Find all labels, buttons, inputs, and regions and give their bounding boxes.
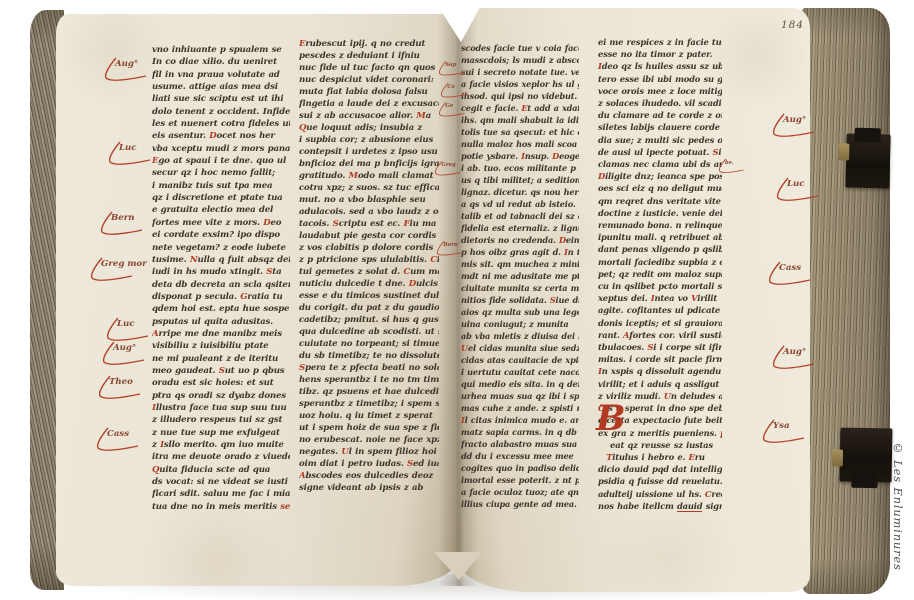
text-line: nitios fide solidata. Siue di: [461, 294, 579, 306]
text-line: tui gemetes z solat d. Cum ma: [299, 266, 439, 278]
text-line: dietoris no credenda. Deinde: [461, 234, 579, 246]
annotation-label: Ge: [445, 103, 453, 109]
text-line: disponat p secula. Gratia tu: [152, 291, 290, 303]
annotation-label: Cass: [779, 263, 801, 273]
annotation-label: Greg mor: [101, 259, 147, 269]
marginal-annotation: Bern: [96, 210, 148, 238]
annotation-label: Luc: [117, 319, 135, 329]
text-line: urhea muas sua qz ibi i spuisse: [461, 390, 579, 402]
text-line: dia sue; z multi sic pedes ore. cor: [598, 134, 722, 146]
text-column-right-a: scodes facie tue v coia facemasscdois; l…: [461, 42, 579, 510]
text-line: voce orois mee z loce mitigado: [598, 85, 722, 97]
text-line: In co diae xilio. du ueniret: [152, 56, 290, 68]
text-line: Titulus i hebro e. Eru: [598, 451, 722, 463]
text-line: deta db decreta an scla qsiter: [152, 279, 290, 291]
text-line: i uertutu cauitat cete nacoes: [461, 366, 579, 378]
text-line: fracto alabastro muas sua effud.: [461, 438, 579, 450]
annotation-label: be.: [725, 160, 734, 166]
text-line: ab vba mletis z diuisa dei su spe: [461, 330, 579, 342]
text-line: ficari sdit. saluu me fac i mia: [152, 488, 290, 500]
text-line: du corigit. du pat z du gaudio: [299, 302, 439, 314]
text-line: bnficioz dei ma p bnficijs igra: [299, 158, 439, 170]
initial-B: B: [596, 402, 626, 436]
text-line: sperantbz z timetibz; i spem si: [299, 398, 439, 410]
text-line: uoz hoiu. q iu timet z sperat: [299, 410, 439, 422]
annotation-label: Greg: [441, 162, 455, 168]
text-line: Abscodes eos dulcedies deoz: [299, 470, 439, 482]
text-line: Ideo qz ls huiles assu sz ubi po: [598, 60, 722, 72]
text-line: hens sperantbz i te no tm time: [299, 374, 439, 386]
text-line: lignaz. dicetur. qs nou her: [461, 186, 579, 198]
annotation-label: Luc: [119, 143, 137, 153]
text-line: contepsit i urdetes z ipso usu: [299, 146, 439, 158]
text-column-left-a: vno inhiuante p spualem seIn co diae xil…: [152, 44, 290, 513]
text-line: vba xceptu mudi z mors pana;: [152, 143, 290, 155]
text-line: e gratuita electio mea del: [152, 204, 290, 216]
text-line: psidia q fuisse dd reuelatu. sz: [598, 475, 722, 487]
text-line: aios qz multa sub una lege di: [461, 306, 579, 318]
text-line: uina coniugut; z munita: [461, 318, 579, 330]
marginal-annotation: Cass: [764, 260, 816, 288]
text-line: i ab. tuo. ecos militante p fide: [461, 162, 579, 174]
text-line: doctine z iusticie. venie dei i pmiss: [598, 207, 722, 219]
text-line: ciuitate munita sz certa mu: [461, 282, 579, 294]
text-line: muta fiat labia dolosa falsu: [299, 86, 439, 98]
text-line: clamas nec clama ubi ds aud: [598, 158, 722, 170]
text-line: psputas ul quita adusitas.: [152, 316, 290, 328]
text-line: dant penas xligendo p qslibet: [598, 243, 722, 255]
text-line: esse e du timicos sustinet dulce: [299, 290, 439, 302]
text-line: mas cuhe z ande. z spisti misit.: [461, 402, 579, 414]
text-line: dd du i excessu mee mee: [461, 450, 579, 462]
text-line: esse no ita timor z pater.: [598, 48, 722, 60]
text-line: z p ptricione sps ululabitis. Cio: [299, 254, 439, 266]
text-line: ne mi pualeant z de iteritu: [152, 353, 290, 365]
text-line: ihs. qm mali shabuit ia idicata: [461, 114, 579, 126]
text-line: fortes mee vite z mors. Deo: [152, 217, 290, 229]
text-line: a qs vd ul redut ab isteio. in: [461, 198, 579, 210]
text-line: visibiliu z iuisibiliu ptate: [152, 340, 290, 352]
marginal-annotation: Theo: [94, 374, 146, 402]
text-line: rant. Afortes cor. viril sustiedo: [598, 329, 722, 341]
text-line: p hos oibz gras agit d. In tabn: [461, 246, 579, 258]
text-line: sui z ab accusacoe alior. Ma: [299, 110, 439, 122]
text-line: nulla maloz hos mali scoa: [461, 138, 579, 150]
text-column-right-b: ei me respices z in facie tuaesse no ita…: [598, 36, 722, 512]
annotation-label: Ca: [447, 84, 455, 90]
text-line: ihsod. qui ipsi no videbut. qa: [461, 90, 579, 102]
text-line: les et nuenert cotra fideles ut: [152, 118, 290, 130]
text-line: remunado bona. n relinquet: [598, 219, 722, 231]
annotation-label: Bern: [111, 213, 135, 223]
annotation-label: Cass: [107, 429, 129, 439]
text-line: Arripe me dne manibz meis: [152, 328, 290, 340]
text-line: qm reqret dns veritate vite: [598, 195, 722, 207]
text-line: In xspis q dissoluit agendu e: [598, 365, 722, 377]
text-line: cu in qslibet pcto mortali su: [598, 280, 722, 292]
text-line: cidas atas cauitacie de xpiani: [461, 354, 579, 366]
text-line: siletes labijs clauere corde et qd: [598, 121, 722, 133]
text-line: oes sci eiz q no deligut mudi;: [598, 182, 722, 194]
text-line: scodes facie tue v coia face: [461, 42, 579, 54]
text-line: a facie oculoz tuoz; ate qn: [461, 486, 579, 498]
text-line: xeptus dei. Intea vo Virilit: [598, 292, 722, 304]
marginal-annotation: Aug°: [768, 112, 820, 140]
text-line: ei cordate exsim? ipo dispo: [152, 229, 290, 241]
text-line: Illustra face tua sup suu tuu: [152, 402, 290, 414]
marginal-annotation: Greg mor: [86, 256, 138, 284]
text-line: mitas. i corde sit pacie firmitas: [598, 353, 722, 365]
folio-number: 184: [781, 19, 804, 31]
text-line: tusime. Nulla q fuit absqz dei: [152, 254, 290, 266]
text-line: talib et ad tabnacli dei sz eclis: [461, 210, 579, 222]
text-line: matz sapia carms. in q db qui: [461, 426, 579, 438]
text-line: de ausi ul ipecte potuat. Si q: [598, 146, 722, 158]
annotation-label: Aug°: [115, 59, 138, 69]
text-line: iudi in hs mudo xtingit. Sta: [152, 266, 290, 278]
text-line: eat qz reusse sz iustas: [598, 439, 722, 451]
text-line: dicio dauid pqd dat intellig: [598, 463, 722, 475]
text-line: potie ysbare. Insup. Deoges eos: [461, 150, 579, 162]
text-line: z Isllo merito. qm iuo muite: [152, 439, 290, 451]
text-line: sui i secreto notate tue. vel eia: [461, 66, 579, 78]
text-line: oradu est sic hoies: et sut: [152, 377, 290, 389]
marginal-annotation: Luc: [772, 176, 824, 204]
text-line: pet; qz redit om maloz supbia: [598, 268, 722, 280]
text-line: itra me deuote orado z viuedo: [152, 451, 290, 463]
text-line: nuc despiciut videt coronari:: [299, 74, 439, 86]
text-line: liati sue sic sciptu est ut ihi: [152, 93, 290, 105]
text-line: z vos clabitis p dolore cordis: [299, 242, 439, 254]
text-line: Il citas inimica mudo e. ar: [461, 414, 579, 426]
text-line: Spera te z pfecta beati no sola: [299, 362, 439, 374]
text-line: agite. cofitantes ul pdicate i: [598, 304, 722, 316]
text-line: fidelia est eternaliz. z lignus dtra: [461, 222, 579, 234]
marginal-annotation: Luc: [104, 140, 156, 168]
text-line: nete vegetam? z eode iubete: [152, 242, 290, 254]
marginal-annotation: Aug°: [100, 56, 152, 84]
annotation-label: Aug°: [113, 343, 136, 353]
text-line: laudabut pie gesta cor cordis: [299, 230, 439, 242]
text-line: us q tibi militet; a seditione: [461, 174, 579, 186]
text-line: tacois. Scriptu est ec. Fiu ma: [299, 218, 439, 230]
text-line: mdt ni me adusitate me ptegedo: [461, 270, 579, 282]
text-line: adulteij uissione ul hs. Credo: [598, 488, 722, 500]
text-line: nuticiu dulcedie t dne. Dulcis: [299, 278, 439, 290]
marginal-annotation: Aug°: [98, 340, 150, 368]
marginal-annotation: be.: [716, 158, 747, 175]
text-line: gratitudo. Modo mali clamat: [299, 170, 439, 182]
text-line: ptra qs oradi sz dyabz dones: [152, 390, 290, 402]
text-line: imortal esse poterit. z nt pietz: [461, 474, 579, 486]
copyright-credit: © Les Enluminures: [891, 441, 905, 597]
text-line: mis sit. qm muchea z ministeri: [461, 258, 579, 270]
text-line: no erubescat. noie ne face xpz: [299, 434, 439, 446]
marginal-annotation: Sap: [436, 60, 468, 77]
text-line: tero esse ibi ubi modo su gaudia: [598, 73, 722, 85]
text-line: Que loquut adis; insubia z: [299, 122, 439, 134]
text-line: du sb timetibz; te no dissolute: [299, 350, 439, 362]
text-line: cegit e facie. Et add a xdatoe: [461, 102, 579, 114]
text-line: Erubescut ipij. q no credut: [299, 38, 439, 50]
text-line: tbulacoes. Si i corpe sit ifir: [598, 341, 722, 353]
text-line: tolis tue sa qsecut: et hic eia: [461, 126, 579, 138]
text-line: z illudero respeus tui sz gst: [152, 414, 290, 426]
text-line: vno inhiuante p spualem se: [152, 44, 290, 56]
text-line: eis asentur. Docet nos her: [152, 130, 290, 142]
annotation-label: Aug°: [783, 115, 806, 125]
text-line: Diligite dnz; ieanca spe posita.: [598, 170, 722, 182]
text-line: qui medio eis sita. in q dei pii mi: [461, 378, 579, 390]
marginal-annotation: Greg: [432, 160, 464, 177]
text-line: ei me respices z in facie tua: [598, 36, 722, 48]
marginal-annotation: Bern: [434, 240, 466, 257]
text-line: illius ciupa gente ad mea. S: [461, 498, 579, 510]
clasp-strap-top: [845, 133, 890, 188]
text-line: cadetibz; pmitut. si hus q gustbi: [299, 314, 439, 326]
text-line: meo gaudeat. Sut uo p qbus: [152, 365, 290, 377]
text-line: z solaces ihudedo. vil scadi: [598, 97, 722, 109]
text-line: mut. no a vbo blasphie seu: [299, 194, 439, 206]
manuscript-photo: vno inhiuante p spualem seIn co diae xil…: [0, 0, 914, 600]
text-line: pescdes z deduiant i ifniu: [299, 50, 439, 62]
text-line: tibz. qz psuens et hae dulcedie: [299, 386, 439, 398]
marginal-annotation: Cass: [92, 426, 144, 454]
text-line: dolo tenent z occident. Infide: [152, 106, 290, 118]
text-line: nos habe itellcm dauid signat: [598, 500, 722, 512]
text-line: a facie visios xeplor hs ul glie: [461, 78, 579, 90]
text-line: donis iceptis; et si grauiora occ: [598, 317, 722, 329]
text-line: nuc fide ul tuc facto qn quos: [299, 62, 439, 74]
text-line: fil in vna praua volutate ad: [152, 69, 290, 81]
text-line: cuiutate no torpeant; si timueri: [299, 338, 439, 350]
text-line: cogites quo in padiso deliciaz: [461, 462, 579, 474]
text-line: qua dulcedine ab scodisti. ut si: [299, 326, 439, 338]
text-line: qz i discretione et ptate tua: [152, 192, 290, 204]
text-line: i manibz tuis sut tpa mea: [152, 180, 290, 192]
text-line: i supbia cor; z abusione eius: [299, 134, 439, 146]
text-line: masscdois; ls mudi z abscodita: [461, 54, 579, 66]
text-line: fingetia a laude dei z excusacoe: [299, 98, 439, 110]
annotation-label: Ysa: [773, 421, 790, 431]
text-line: virilit; et i aduis q assligut fortit: [598, 378, 722, 390]
marginal-annotation: Ysa: [758, 418, 810, 446]
clasp-strap-bottom: [840, 428, 893, 483]
text-line: qdem hoi est. epta hue sospe: [152, 303, 290, 315]
annotation-label: Theo: [109, 377, 133, 387]
fore-edge-right: [802, 8, 890, 594]
text-line: du clamare ad te corde z ore. nili: [598, 109, 722, 121]
annotation-label: Bern: [443, 242, 458, 248]
text-line: adulacois. sed a vbo laudz z oi: [299, 206, 439, 218]
text-line: signe videant ab ipsis z ab: [299, 482, 439, 494]
annotation-label: Luc: [787, 179, 805, 189]
text-line: Quita fiducia scte ad qua: [152, 464, 290, 476]
marginal-annotation: Ca: [438, 82, 470, 99]
text-line: tua dne no in meis meritis se: [152, 501, 290, 513]
text-line: Uel cidas munita siue sedz alia: [461, 342, 579, 354]
marginal-annotation: Aug°: [768, 344, 820, 372]
text-line: ds vocat: si ne videat se iusti: [152, 476, 290, 488]
text-line: ipunitu mali. q retribuet abu: [598, 231, 722, 243]
marginal-annotation: Ge: [436, 101, 468, 118]
text-line: ut i spem hoiz de sua spe z fide: [299, 422, 439, 434]
text-line: cotra xpz; z suos. sz tuc efficaci: [299, 182, 439, 194]
text-line: oim diat i petro iudas. Sed iuate: [299, 458, 439, 470]
annotation-label: Aug°: [783, 347, 806, 357]
text-line: z nue tue sup me exfulgeat: [152, 427, 290, 439]
text-line: secur qz i hoc nemo fallit;: [152, 167, 290, 179]
text-line: usume. attige aias mea dsi: [152, 81, 290, 93]
text-column-left-b: Erubescut ipij. q no credutpescdes z ded…: [299, 38, 439, 494]
text-line: mortali faciedibz supbia z oc: [598, 256, 722, 268]
annotation-label: Sap: [445, 62, 456, 68]
text-line: Ego at spaui i te dne. quo ul: [152, 155, 290, 167]
text-line: negates. Ul in spem filioz hoi: [299, 446, 439, 458]
